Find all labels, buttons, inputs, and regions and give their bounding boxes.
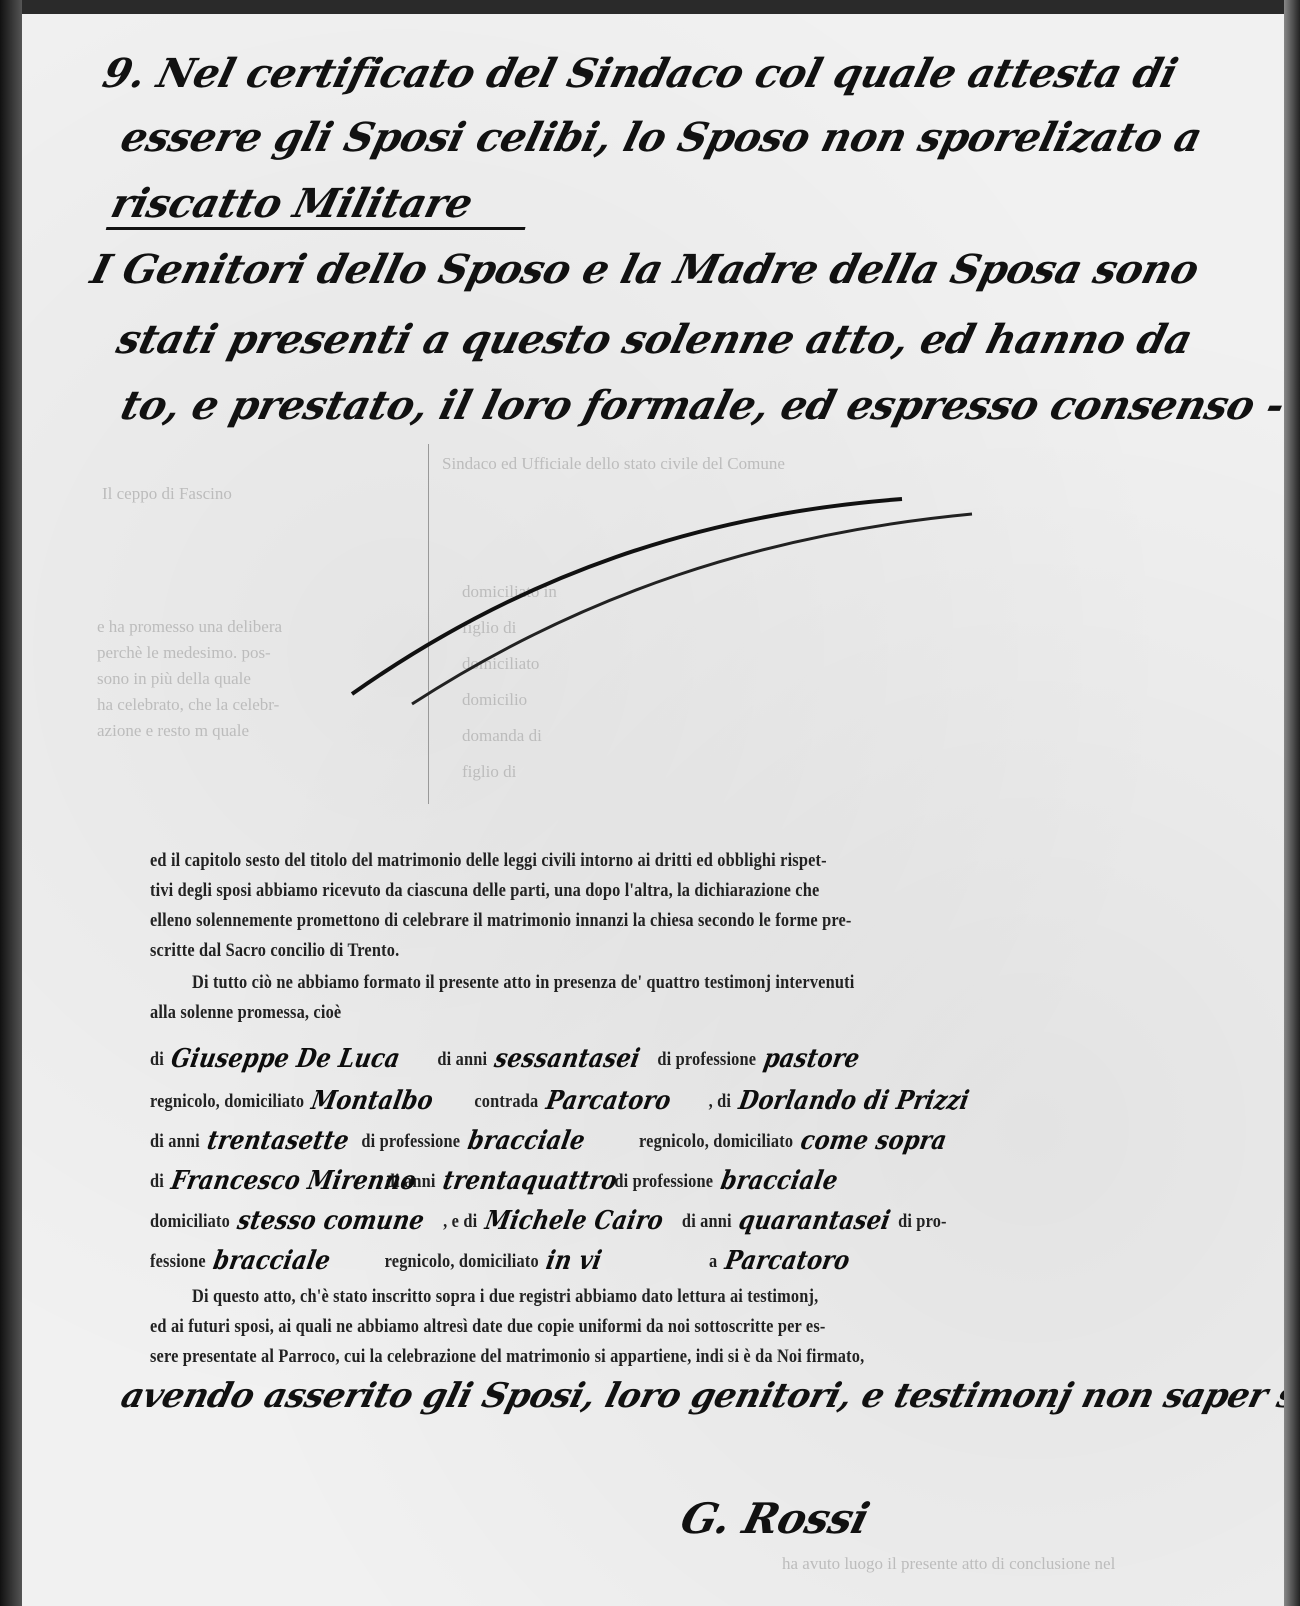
witness-2-profession: bracciale: [465, 1126, 634, 1156]
witness-2-age: trentasette: [205, 1126, 357, 1156]
annotation-line: to, e prestato, il loro formale, ed espr…: [116, 382, 1289, 429]
printed-line: alla solenne promessa, cioè: [150, 1002, 341, 1024]
annotation-line: essere gli Sposi celibi, lo Sposo non sp…: [116, 114, 1206, 161]
witness-3-residence: stesso comune: [235, 1206, 438, 1236]
witness-4-residence: in vi: [544, 1246, 704, 1276]
witness-2-residence: come sopra: [798, 1126, 949, 1156]
bleed-through-text: Il ceppo di Fascino: [102, 484, 232, 504]
witness-1-profession: pastore: [761, 1044, 862, 1074]
printed-line: Di questo atto, ch'è stato inscritto sop…: [192, 1286, 818, 1308]
printed-line: tivi degli sposi abbiamo ricevuto da cia…: [150, 880, 819, 902]
witness-1-residence: Montalbo: [309, 1086, 469, 1116]
printed-line: sere presentate al Parroco, cui la celeb…: [150, 1346, 864, 1368]
bleed-through-text: e ha promesso una deliberaperchè le mede…: [97, 614, 282, 744]
register-page: Il ceppo di Fascino Sindaco ed Ufficiale…: [22, 14, 1284, 1606]
annotation-line: riscatto Militare: [106, 180, 537, 230]
printed-line: scritte dal Sacro concilio di Trento.: [150, 940, 399, 962]
printed-line: Di tutto ciò ne abbiamo formato il prese…: [192, 972, 854, 994]
witness-4-street: Parcatoro: [722, 1246, 852, 1276]
printed-line: elleno solennemente promettono di celebr…: [150, 910, 852, 932]
signature: G. Rossi: [676, 1494, 874, 1543]
annotation-line: I Genitori dello Sposo e la Madre della …: [86, 246, 1203, 293]
printed-line: ed ai futuri sposi, ai quali ne abbiamo …: [150, 1316, 825, 1338]
witness-1-street: Parcatoro: [543, 1086, 703, 1116]
witness-1-residence-line: regnicolo, domiciliato Montalbo contrada…: [150, 1086, 972, 1116]
witness-4-profession: bracciale: [211, 1246, 380, 1276]
witness-1-name: Giuseppe De Luca: [169, 1044, 432, 1074]
annotation-line: 9. Nel certificato del Sindaco col quale…: [98, 50, 1182, 97]
binding-shadow-right: [1284, 0, 1300, 1606]
annotation-line: stati presenti a questo solenne atto, ed…: [112, 316, 1197, 363]
witness-3-profession: bracciale: [718, 1166, 840, 1196]
witness-4-name: Michele Cairo: [482, 1206, 677, 1236]
witness-2-line: di anni trentasette di professione bracc…: [150, 1126, 950, 1156]
binding-shadow-left: [0, 0, 22, 1606]
witness-4-age: quarantasei: [737, 1206, 893, 1236]
cancellation-strokes: [322, 494, 1002, 714]
witness-3-line: di Francesco Mirenno di anni trentaquatt…: [150, 1166, 841, 1196]
closing-note: avendo asserito gli Sposi, loro genitori…: [117, 1376, 1300, 1416]
witness-3-age: trentaquattro: [441, 1166, 610, 1196]
printed-line: ed il capitolo sesto del titolo del matr…: [150, 850, 827, 872]
witness-2-name: Dorlando di Prizzi: [736, 1086, 971, 1116]
witness-4-residence-line: fessione bracciale regnicolo, domiciliat…: [150, 1246, 853, 1276]
bleed-through-text: Sindaco ed Ufficiale dello stato civile …: [442, 454, 785, 474]
witness-3-name: Francesco Mirenno: [169, 1166, 381, 1196]
bleed-through-text: ha avuto luogo il presente atto di concl…: [782, 1554, 1115, 1574]
witness-1-age: sessantasei: [492, 1044, 652, 1074]
witness-1-line: di Giuseppe De Luca di anni sessantasei …: [150, 1044, 862, 1074]
witness-4-line: domiciliato stesso comune , e di Michele…: [150, 1206, 947, 1236]
